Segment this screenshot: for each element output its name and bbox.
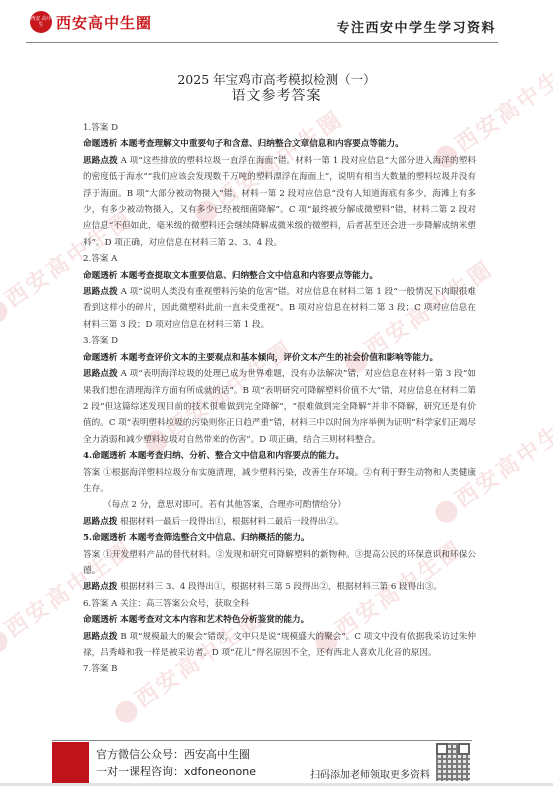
brand-name: 西安高中生圈 — [56, 12, 152, 33]
brand-logo: 西安 高中生 西安高中生圈 — [30, 11, 152, 33]
qr-code-icon[interactable] — [436, 743, 470, 781]
q4-analysis: 4.命题透析 本题考查归纳、分析、整合文中信息和内容要点的能力。 — [83, 448, 476, 464]
page-header: 西安 高中生 西安高中生圈 专注西安中学生学习资料 — [26, 8, 498, 43]
q1-analysis: 命题透析 本题考查理解文中重要句子和含意、归纳整合文章信息和内容要点等能力。 — [83, 136, 476, 152]
q6-analysis: 命题透析 本题考查对文本内容和艺术特色分析鉴赏的能力。 — [83, 612, 476, 628]
page-footer: 官方微信公众号：西安高中生圈 一对一课程咨询：xdfoneonone 扫码添加老… — [52, 740, 472, 783]
answer-content: 1.答案 D 命题透析 本题考查理解文中重要句子和含意、归纳整合文章信息和内容要… — [83, 120, 476, 678]
footer-scan-text: 扫码添加老师领取更多资料 — [310, 766, 430, 781]
q7-answer: 7.答案 B — [83, 661, 476, 677]
q5-analysis: 5.命题透析 本题考查筛选整合文中信息、归纳概括的能力。 — [83, 530, 476, 546]
q6-hint: 思路点拨 B 项“规模最大的聚会”错误，文中只是说“规模盛大的聚会”。C 项文中… — [83, 629, 476, 662]
logo-badge-icon: 西安 高中生 — [30, 11, 52, 33]
q3-answer: 3.答案 D — [83, 333, 476, 349]
footer-red-block — [52, 742, 89, 783]
q5-answer: 答案 ①开发塑料产品的替代材料。②发现和研究可降解塑料的新物种。③提高公民的环保… — [83, 547, 476, 580]
document-subtitle: 语文参考答案 — [0, 85, 553, 105]
q5-hint: 思路点拨 根据材料三 3、4 段得出①，根据材料三第 5 段得出②，根据材料三第… — [83, 579, 476, 595]
q1-answer: 1.答案 D — [83, 120, 476, 136]
q3-hint: 思路点拨 A 项“表明海洋垃圾的处理已成为世界难题，没有办法解决”错，对应信息在… — [83, 366, 476, 448]
header-slogan: 专注西安中学生学习资料 — [336, 17, 496, 36]
q4-hint: 思路点拨 根据材料一最后一段得出①，根据材料二最后一段得出②。 — [83, 514, 476, 530]
q3-analysis: 命题透析 本题考查评价文本的主要观点和基本倾向，评价文本产生的社会价值和影响等能… — [83, 350, 476, 366]
q6-answer: 6.答案 A 关注：高三答案公众号，获取全科 — [83, 596, 476, 612]
q2-analysis: 命题透析 本题考查提取文本重要信息、归纳整合文中信息和内容要点等能力。 — [83, 268, 476, 284]
q4-answer: 答案 ①根据海洋塑料垃圾分布实施清理，减少塑料污染，改善生存环境。②有利于野生动… — [83, 465, 476, 498]
q1-hint: 思路点拨 A 项“这些排放的塑料垃圾一直浮在海面”错。材料一第 1 段对应信息“… — [83, 153, 476, 251]
q2-hint: 思路点拨 A 项“说明人类没有重视塑料污染的危害”错。对应信息在材料二第 1 段… — [83, 284, 476, 333]
q4-scoring-note: （每点 2 分，意思对即可。若有其他答案，合理亦可酌情给分） — [83, 497, 476, 513]
footer-wechat: 官方微信公众号：西安高中生圈 — [96, 746, 250, 762]
footer-consult: 一对一课程咨询：xdfoneonone — [96, 763, 256, 779]
q2-answer: 2.答案 A — [83, 251, 476, 267]
